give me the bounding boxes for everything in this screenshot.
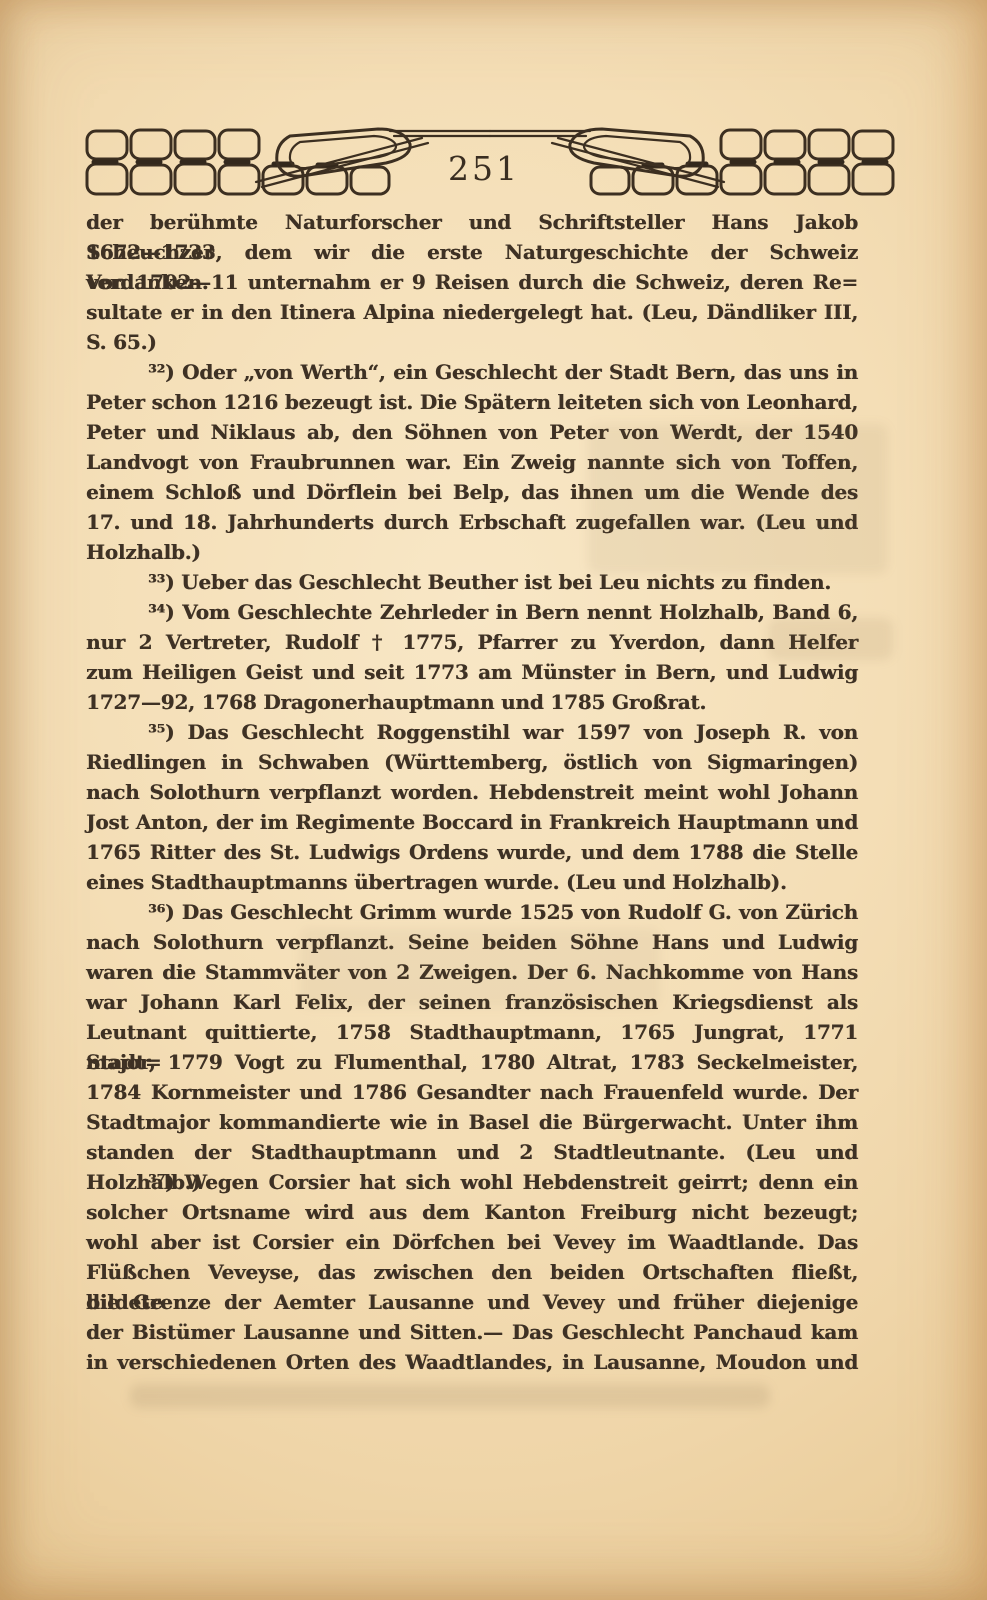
- footnote-paragraph: ³⁵) Das Geschlecht Roggenstihl war 1597 …: [86, 717, 858, 897]
- text-line: Peter schon 1216 bezeugt ist. Die Später…: [86, 387, 858, 417]
- body-paragraph: der berühmte Naturforscher und Schriftst…: [86, 207, 858, 357]
- text-line: wohl aber ist Corsier ein Dörfchen bei V…: [86, 1227, 858, 1257]
- text-line: die Grenze der Aemter Lausanne und Vevey…: [86, 1287, 858, 1317]
- footnote-paragraph: ³³) Ueber das Geschlecht Beuther ist bei…: [86, 567, 858, 597]
- text-line: waren die Stammväter von 2 Zweigen. Der …: [86, 957, 858, 987]
- text-line: ³²) Oder „von Werth“, ein Geschlecht der…: [86, 357, 858, 387]
- text-line: zum Heiligen Geist und seit 1773 am Müns…: [86, 657, 858, 687]
- text-line: Peter und Niklaus ab, den Söhnen von Pet…: [86, 417, 858, 447]
- header-ornament-icon: 251: [84, 124, 896, 204]
- text-block: der berühmte Naturforscher und Schriftst…: [86, 207, 858, 1377]
- page-header: 251: [84, 124, 896, 204]
- footnote-paragraph: ³⁶) Das Geschlecht Grimm wurde 1525 von …: [86, 897, 858, 1167]
- text-line: Stadtmajor kommandierte wie in Basel die…: [86, 1107, 858, 1137]
- text-line: 1784 Kornmeister und 1786 Gesandter nach…: [86, 1077, 858, 1107]
- text-line: Flüßchen Veveyse, das zwischen den beide…: [86, 1257, 858, 1287]
- footnote-paragraph: ³⁷) Wegen Corsier hat sich wohl Hebdenst…: [86, 1167, 858, 1377]
- text-line: S. 65.): [86, 327, 858, 357]
- text-line: major, 1779 Vogt zu Flumenthal, 1780 Alt…: [86, 1047, 858, 1077]
- text-line: nur 2 Vertreter, Rudolf † 1775, Pfarrer …: [86, 627, 858, 657]
- text-line: Leutnant quittierte, 1758 Stadthauptmann…: [86, 1017, 858, 1047]
- text-line: standen der Stadthauptmann und 2 Stadtle…: [86, 1137, 858, 1167]
- text-line: Landvogt von Fraubrunnen war. Ein Zweig …: [86, 447, 858, 477]
- text-line: in verschiedenen Orten des Waadtlandes, …: [86, 1347, 858, 1377]
- text-line: ³⁶) Das Geschlecht Grimm wurde 1525 von …: [86, 897, 858, 927]
- text-line: nach Solothurn verpflanzt. Seine beiden …: [86, 927, 858, 957]
- text-line: der Bistümer Lausanne und Sitten.— Das G…: [86, 1317, 858, 1347]
- text-line: 1765 Ritter des St. Ludwigs Ordens wurde…: [86, 837, 858, 867]
- text-line: sultate er in den Itinera Alpina niederg…: [86, 297, 858, 327]
- text-line: eines Stadthauptmanns übertragen wurde. …: [86, 867, 858, 897]
- text-line: 1727—92, 1768 Dragonerhauptmann und 1785…: [86, 687, 858, 717]
- show-through-smudge: [130, 1384, 770, 1408]
- text-line: ³³) Ueber das Geschlecht Beuther ist bei…: [86, 567, 858, 597]
- text-line: war Johann Karl Felix, der seinen franzö…: [86, 987, 858, 1017]
- page-number: 251: [448, 149, 520, 188]
- text-line: ³⁴) Vom Geschlechte Zehrleder in Bern ne…: [86, 597, 858, 627]
- text-line: Von 1702—11 unternahm er 9 Reisen durch …: [86, 267, 858, 297]
- text-line: einem Schloß und Dörflein bei Belp, das …: [86, 477, 858, 507]
- footnote-paragraph: ³⁴) Vom Geschlechte Zehrleder in Bern ne…: [86, 597, 858, 717]
- text-line: der berühmte Naturforscher und Schriftst…: [86, 207, 858, 237]
- footnote-paragraph: ³²) Oder „von Werth“, ein Geschlecht der…: [86, 357, 858, 567]
- text-line: 17. und 18. Jahrhunderts durch Erbschaft…: [86, 507, 858, 537]
- book-page-scan: 251 der berühmte Naturforscher und Schri…: [0, 0, 987, 1600]
- text-line: Riedlingen in Schwaben (Württemberg, öst…: [86, 747, 858, 777]
- text-line: ³⁷) Wegen Corsier hat sich wohl Hebdenst…: [86, 1167, 858, 1197]
- text-line: solcher Ortsname wird aus dem Kanton Fre…: [86, 1197, 858, 1227]
- text-line: Jost Anton, der im Regimente Boccard in …: [86, 807, 858, 837]
- text-line: nach Solothurn verpflanzt worden. Hebden…: [86, 777, 858, 807]
- text-line: ³⁵) Das Geschlecht Roggenstihl war 1597 …: [86, 717, 858, 747]
- text-line: 1672—1733, dem wir die erste Naturgeschi…: [86, 237, 858, 267]
- text-line: Holzhalb.): [86, 537, 858, 567]
